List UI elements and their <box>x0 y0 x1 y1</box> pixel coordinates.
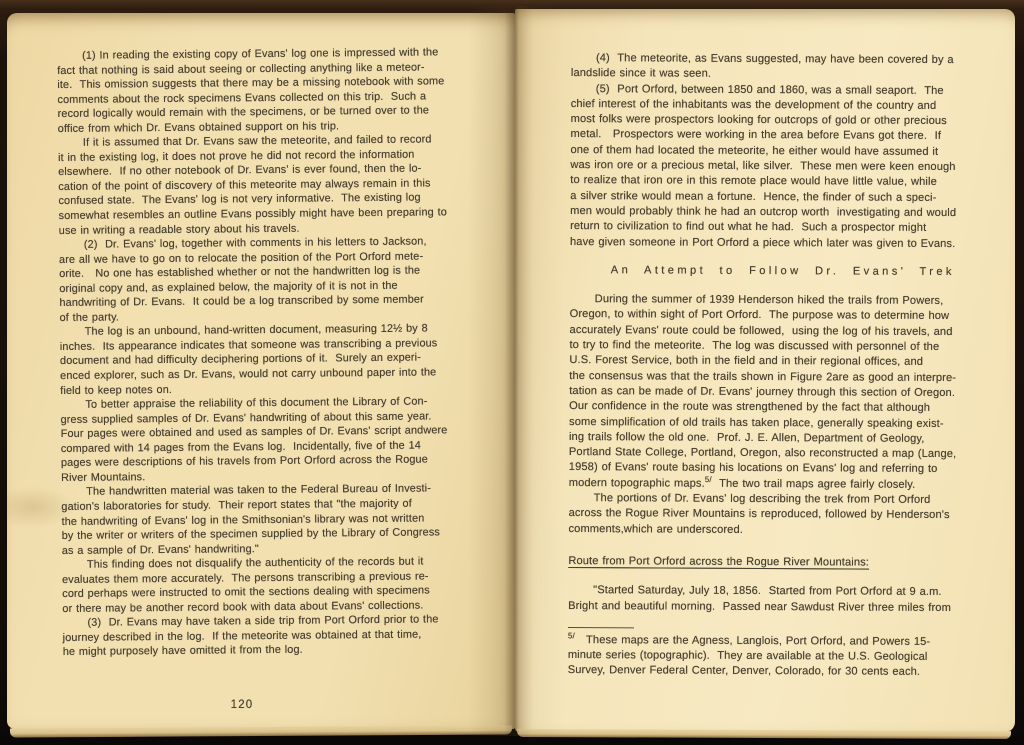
underlined-route-heading-text: Route from Port Orford across the Rogue … <box>568 555 869 569</box>
text-line: U.S. Forest Service, both in the field a… <box>569 353 995 371</box>
text-line: he might purposely have omitted it from … <box>63 641 497 660</box>
book-scan: (1) In reading the existing copy of Evan… <box>0 0 1024 745</box>
text-line: to realize that iron ore in this remote … <box>570 173 996 191</box>
left-page: (1) In reading the existing copy of Evan… <box>7 13 515 729</box>
text-line: Our confidence in the route was strength… <box>569 399 995 417</box>
page-edge-stack-right <box>517 729 1011 739</box>
text-line: 1958) of Evans' route basing his locatio… <box>569 460 995 478</box>
text-line: Survey, Denver Federal Center, Denver, C… <box>568 663 994 681</box>
text-line: return to civilization to find out what … <box>570 219 996 237</box>
footnote-marker: 5/ <box>568 631 575 640</box>
section-heading: An Attempt to Follow Dr. Evans' Trek <box>570 263 996 281</box>
footnote-rule <box>568 627 634 628</box>
page-edge-stack-left <box>10 725 512 737</box>
text-line: comments,which are underscored. <box>568 522 994 540</box>
text-line: Bright and beautiful morning. Passed nea… <box>568 598 994 616</box>
right-page: (4) The meteorite, as Evans suggested, m… <box>515 9 1015 732</box>
footnote-marker: 5/ <box>705 475 712 484</box>
text-line: "Started Saturday, July 18, 1856. Starte… <box>568 583 994 601</box>
text-line: landslide since it was seen. <box>571 66 997 84</box>
underlined-route-heading: Route from Port Orford across the Rogue … <box>568 554 994 572</box>
text-line: have given someone in Port Orford a piec… <box>570 235 996 253</box>
right-page-text: (4) The meteorite, as Evans suggested, m… <box>568 51 997 681</box>
left-page-text: (1) In reading the existing copy of Evan… <box>57 45 497 660</box>
text-line: across the Rogue River Mountains is repr… <box>569 506 995 524</box>
page-number-left: 120 <box>212 699 272 711</box>
